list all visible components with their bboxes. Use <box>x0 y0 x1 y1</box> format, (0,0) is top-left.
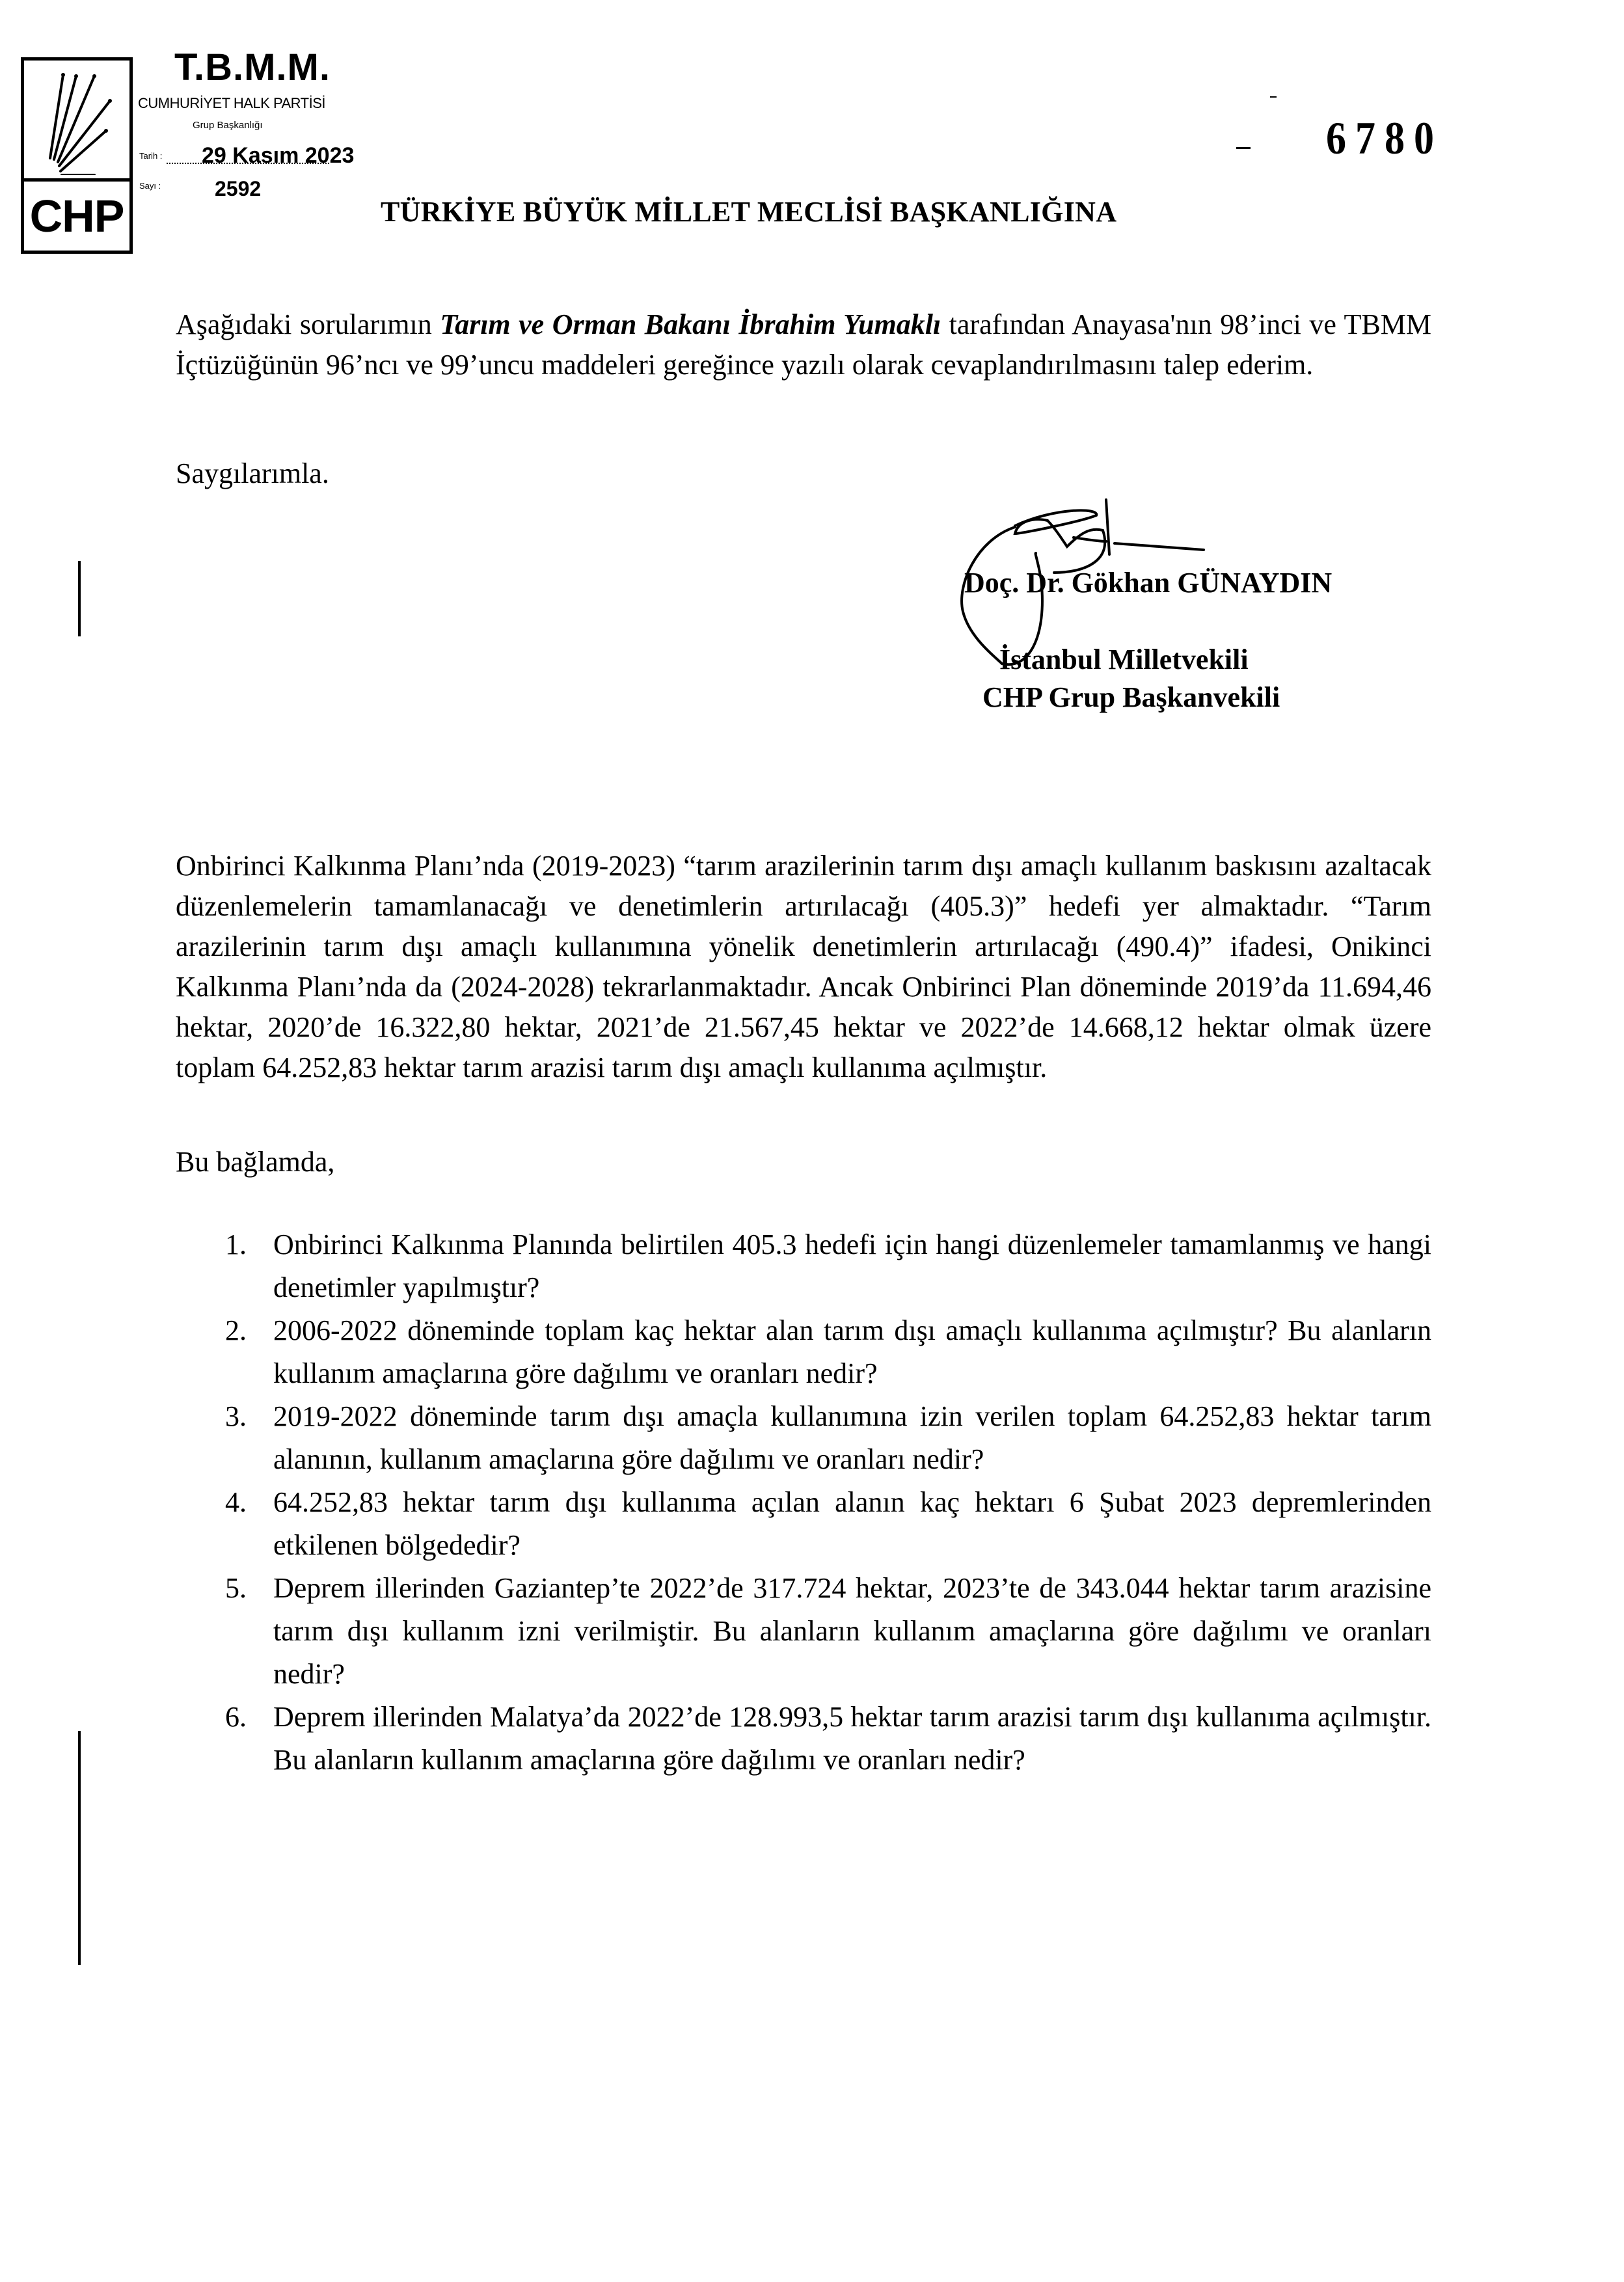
question-number: 4. <box>225 1481 247 1524</box>
background-paragraph: Onbirinci Kalkınma Planı’nda (2019-2023)… <box>176 846 1431 1088</box>
minister-name: Tarım ve Orman Bakanı İbrahim Yumaklı <box>440 308 941 340</box>
question-text: 2006-2022 döneminde toplam kaç hektar al… <box>273 1314 1431 1389</box>
question-number: 5. <box>225 1567 247 1610</box>
document-number-stamp: 6780 <box>1326 113 1443 166</box>
question-number: 6. <box>225 1696 247 1739</box>
number-value: 2592 <box>215 177 261 201</box>
question-text: 64.252,83 hektar tarım dışı kullanıma aç… <box>273 1486 1431 1561</box>
date-label: Tarih : <box>139 151 162 161</box>
question-number: 3. <box>225 1395 247 1438</box>
question-item: 2.2006-2022 döneminde toplam kaç hektar … <box>176 1309 1431 1395</box>
signatory-name: Doç. Dr. Gökhan GÜNAYDIN <box>964 566 1332 599</box>
signatory-role-deputy: İstanbul Milletvekili <box>999 643 1249 676</box>
scan-mark <box>1236 147 1251 149</box>
six-arrows-icon <box>24 61 129 182</box>
question-item: 3.2019-2022 döneminde tarım dışı amaçla … <box>176 1395 1431 1481</box>
question-item: 5.Deprem illerinden Gaziantep’te 2022’de… <box>176 1567 1431 1696</box>
questions-list: 1.Onbirinci Kalkınma Planında belirtilen… <box>176 1223 1431 1782</box>
question-item: 6.Deprem illerinden Malatya’da 2022’de 1… <box>176 1696 1431 1782</box>
logo-text: CHP <box>24 182 129 251</box>
question-number: 1. <box>225 1223 247 1266</box>
margin-binding-mark <box>78 1731 81 1965</box>
question-number: 2. <box>225 1309 247 1352</box>
intro-before: Aşağıdaki sorularımın <box>176 308 440 340</box>
chp-logo: CHP <box>21 57 133 254</box>
question-text: 2019-2022 döneminde tarım dışı amaçla ku… <box>273 1400 1431 1475</box>
date-value: 29 Kasım 2023 <box>202 143 354 169</box>
institution-name: T.B.M.M. <box>174 46 331 89</box>
closing-greeting: Saygılarımla. <box>176 457 329 490</box>
question-text: Onbirinci Kalkınma Planında belirtilen 4… <box>273 1229 1431 1303</box>
document-title: TÜRKİYE BÜYÜK MİLLET MECLİSİ BAŞKANLIĞIN… <box>381 195 1116 228</box>
question-text: Deprem illerinden Gaziantep’te 2022’de 3… <box>273 1572 1431 1690</box>
department-name: Grup Başkanlığı <box>193 120 263 131</box>
intro-paragraph: Aşağıdaki sorularımın Tarım ve Orman Bak… <box>176 305 1431 385</box>
question-text: Deprem illerinden Malatya’da 2022’de 128… <box>273 1701 1431 1776</box>
number-label: Sayı : <box>139 181 161 191</box>
question-item: 4.64.252,83 hektar tarım dışı kullanıma … <box>176 1481 1431 1567</box>
question-item: 1.Onbirinci Kalkınma Planında belirtilen… <box>176 1223 1431 1309</box>
margin-binding-mark <box>78 561 81 636</box>
scan-mark <box>1270 96 1277 98</box>
context-intro: Bu bağlamda, <box>176 1145 334 1178</box>
party-name: CUMHURİYET HALK PARTİSİ <box>138 95 325 112</box>
signatory-role-group: CHP Grup Başkanvekili <box>982 681 1280 714</box>
